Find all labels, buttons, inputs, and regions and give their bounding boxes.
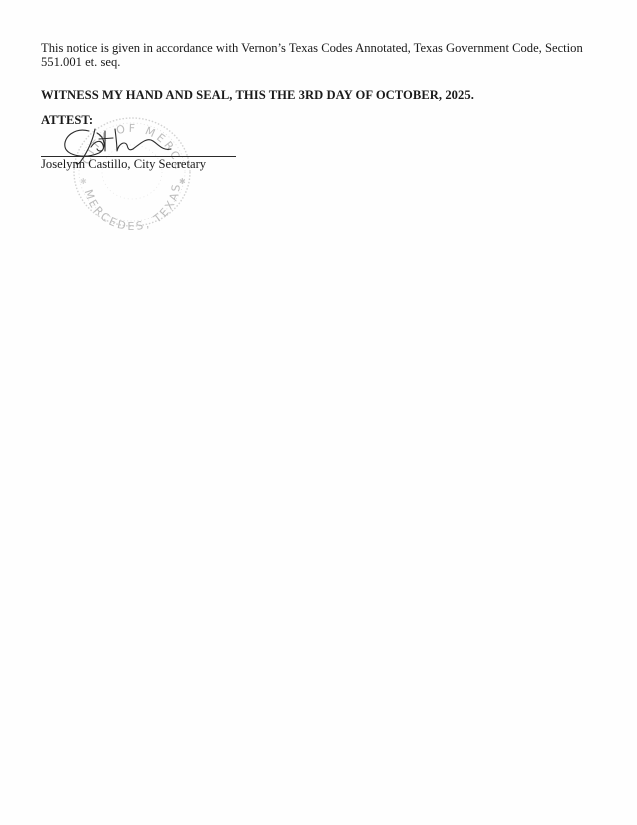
svg-text:✱: ✱ — [179, 177, 186, 186]
notice-line-1: This notice is given in accordance with … — [41, 41, 583, 55]
signer-name-title: Joselynn Castillo, City Secretary — [41, 157, 206, 172]
svg-text:MERCEDES, TEXAS: MERCEDES, TEXAS — [82, 181, 184, 230]
attest-label: ATTEST: — [41, 113, 93, 128]
seal-bottom-text: MERCEDES, TEXAS — [82, 181, 184, 230]
witness-statement: WITNESS MY HAND AND SEAL, THIS THE 3RD D… — [41, 88, 474, 103]
document-page: This notice is given in accordance with … — [0, 0, 637, 825]
svg-text:✱: ✱ — [80, 177, 87, 186]
notice-paragraph: This notice is given in accordance with … — [41, 41, 601, 69]
notice-line-2: 551.001 et. seq. — [41, 55, 120, 69]
